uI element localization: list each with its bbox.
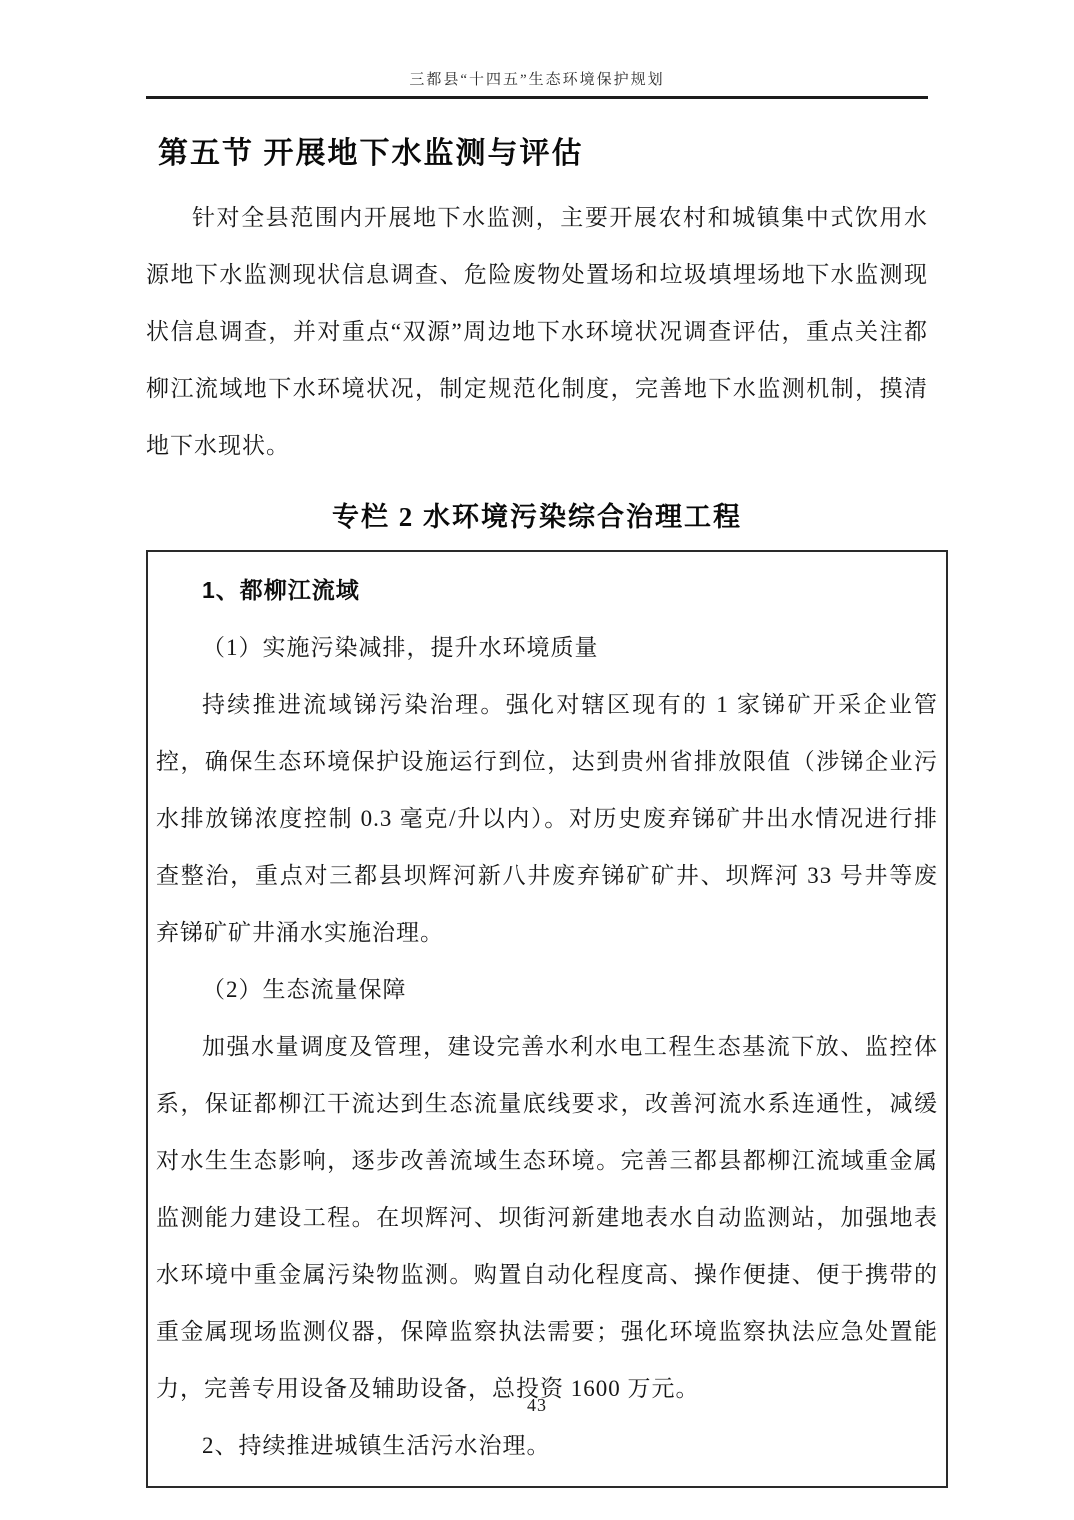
panel-item-subheading-1: （1）实施污染减排，提升水环境质量 — [156, 619, 938, 676]
header-rule — [146, 96, 928, 99]
section-paragraph: 针对全县范围内开展地下水监测，主要开展农村和城镇集中式饮用水源地下水监测现状信息… — [146, 189, 928, 474]
panel-item-heading-1: 1、都柳江流域 — [156, 562, 938, 619]
running-header: 三都县“十四五”生态环境保护规划 — [0, 0, 1074, 99]
panel-item-subheading-2: （2）生态流量保障 — [156, 961, 938, 1018]
page-content: 第五节 开展地下水监测与评估 针对全县范围内开展地下水监测，主要开展农村和城镇集… — [146, 135, 928, 1488]
panel-box: 1、都柳江流域 （1）实施污染减排，提升水环境质量 持续推进流域锑污染治理。强化… — [146, 550, 948, 1488]
running-header-title: 三都县“十四五”生态环境保护规划 — [0, 70, 1074, 90]
page-footer: 43 — [0, 1395, 1074, 1416]
panel-item-subheading-3: 2、持续推进城镇生活污水治理。 — [156, 1417, 938, 1474]
section-heading: 第五节 开展地下水监测与评估 — [158, 135, 928, 173]
page-number: 43 — [527, 1395, 547, 1415]
panel-title: 专栏 2 水环境污染综合治理工程 — [146, 500, 928, 534]
document-page: 三都县“十四五”生态环境保护规划 第五节 开展地下水监测与评估 针对全县范围内开… — [0, 0, 1074, 1520]
panel-item-paragraph-2: 加强水量调度及管理，建设完善水利水电工程生态基流下放、监控体系，保证都柳江干流达… — [156, 1018, 938, 1417]
panel-item-paragraph-1: 持续推进流域锑污染治理。强化对辖区现有的 1 家锑矿开采企业管控，确保生态环境保… — [156, 676, 938, 961]
